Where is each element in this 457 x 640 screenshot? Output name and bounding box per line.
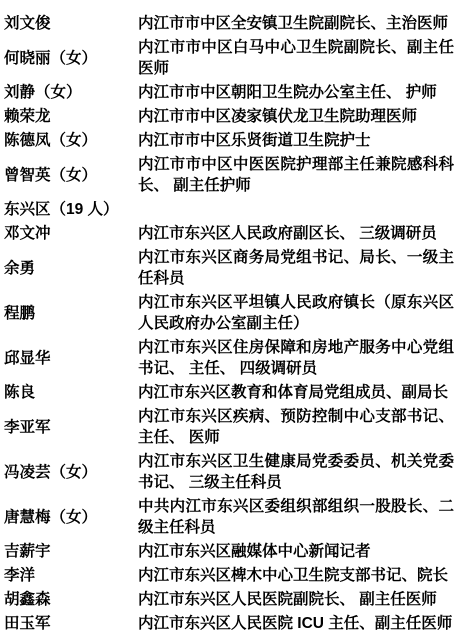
person-name: 邓文冲 xyxy=(4,223,138,244)
roster-row: 余勇 内江市东兴区商务局党组书记、局长、一级主任科员 xyxy=(4,247,454,289)
person-title: 内江市东兴区人民政府副区长、 三级调研员 xyxy=(138,223,454,244)
person-title: 内江市东兴区教育和体育局党组成员、副局长 xyxy=(138,382,454,403)
person-title: 内江市东兴区人民医院副院长、 副主任医师 xyxy=(138,589,454,610)
person-name: 邱显华 xyxy=(4,337,138,379)
person-title: 内江市市中区朝阳卫生院办公室主任、 护师 xyxy=(138,82,454,103)
roster-row: 刘静（女） 内江市市中区朝阳卫生院办公室主任、 护师 xyxy=(4,82,454,103)
person-title: 内江市东兴区商务局党组书记、局长、一级主任科员 xyxy=(138,247,454,289)
person-title: 内江市东兴区卫生健康局党委委员、机关党委书记、 三级主任科员 xyxy=(138,451,454,493)
person-name: 赖荣龙 xyxy=(4,106,138,127)
person-name: 刘文俊 xyxy=(4,13,138,34)
person-title: 内江市东兴区人民医院 ICU 主任、副主任医师 xyxy=(138,613,454,634)
person-name: 余勇 xyxy=(4,247,138,289)
person-name: 曾智英（女） xyxy=(4,154,138,196)
person-name: 何晓丽（女） xyxy=(4,37,138,79)
person-title: 内江市东兴区融媒体中心新闻记者 xyxy=(138,541,454,562)
roster-row: 曾智英（女） 内江市市中区中医医院护理部主任兼院感科科长、 副主任护师 xyxy=(4,154,454,196)
person-title: 中共内江市东兴区委组织部组织一股股长、二级主任科员 xyxy=(138,496,454,538)
person-name: 唐慧梅（女） xyxy=(4,496,138,538)
person-title: 内江市东兴区疾病、预防控制中心支部书记、 主任、 医师 xyxy=(138,406,454,448)
person-title: 内江市市中区乐贤街道卫生院护士 xyxy=(138,130,454,151)
person-title: 内江市市中区全安镇卫生院副院长、主治医师 xyxy=(138,13,454,34)
roster-row: 吉薪宇 内江市东兴区融媒体中心新闻记者 xyxy=(4,541,454,562)
person-name: 冯凌芸（女） xyxy=(4,451,138,493)
section-header-row: 东兴区（19 人） xyxy=(4,199,454,220)
roster-row: 唐慧梅（女） 中共内江市东兴区委组织部组织一股股长、二级主任科员 xyxy=(4,496,454,538)
roster-row: 李洋 内江市东兴区椑木中心卫生院支部书记、院长 xyxy=(4,565,454,586)
person-title: 内江市市中区凌家镇伏龙卫生院助理医师 xyxy=(138,106,454,127)
person-name: 陈良 xyxy=(4,382,138,403)
roster-row: 赖荣龙 内江市市中区凌家镇伏龙卫生院助理医师 xyxy=(4,106,454,127)
person-name: 程鹏 xyxy=(4,292,138,334)
person-name: 陈德凤（女） xyxy=(4,130,138,151)
roster-row: 胡鑫森 内江市东兴区人民医院副院长、 副主任医师 xyxy=(4,589,454,610)
section-header: 东兴区（19 人） xyxy=(4,199,119,220)
person-title: 内江市东兴区椑木中心卫生院支部书记、院长 xyxy=(138,565,454,586)
roster-row: 何晓丽（女） 内江市市中区白马中心卫生院副院长、副主任医师 xyxy=(4,37,454,79)
person-title: 内江市市中区中医医院护理部主任兼院感科科长、 副主任护师 xyxy=(138,154,454,196)
roster-row: 程鹏 内江市东兴区平坦镇人民政府镇长（原东兴区人民政府办公室副主任） xyxy=(4,292,454,334)
roster-row: 陈良 内江市东兴区教育和体育局党组成员、副局长 xyxy=(4,382,454,403)
person-name: 胡鑫森 xyxy=(4,589,138,610)
person-name: 田玉军 xyxy=(4,613,138,634)
person-name: 李洋 xyxy=(4,565,138,586)
roster-row: 邱显华 内江市东兴区住房保障和房地产服务中心党组书记、 主任、 四级调研员 xyxy=(4,337,454,379)
roster-row: 邓文冲 内江市东兴区人民政府副区长、 三级调研员 xyxy=(4,223,454,244)
person-title: 内江市东兴区平坦镇人民政府镇长（原东兴区人民政府办公室副主任） xyxy=(138,292,454,334)
roster-row: 冯凌芸（女） 内江市东兴区卫生健康局党委委员、机关党委书记、 三级主任科员 xyxy=(4,451,454,493)
roster-document-page: 刘文俊 内江市市中区全安镇卫生院副院长、主治医师 何晓丽（女） 内江市市中区白马… xyxy=(0,0,457,640)
person-title: 内江市东兴区住房保障和房地产服务中心党组书记、 主任、 四级调研员 xyxy=(138,337,454,379)
person-title: 内江市市中区白马中心卫生院副院长、副主任医师 xyxy=(138,37,454,79)
roster-row: 刘文俊 内江市市中区全安镇卫生院副院长、主治医师 xyxy=(4,13,454,34)
person-name: 刘静（女） xyxy=(4,82,138,103)
roster-row: 李亚军 内江市东兴区疾病、预防控制中心支部书记、 主任、 医师 xyxy=(4,406,454,448)
roster-row: 陈德凤（女） 内江市市中区乐贤街道卫生院护士 xyxy=(4,130,454,151)
person-name: 李亚军 xyxy=(4,406,138,448)
person-name: 吉薪宇 xyxy=(4,541,138,562)
roster-row: 田玉军 内江市东兴区人民医院 ICU 主任、副主任医师 xyxy=(4,613,454,634)
